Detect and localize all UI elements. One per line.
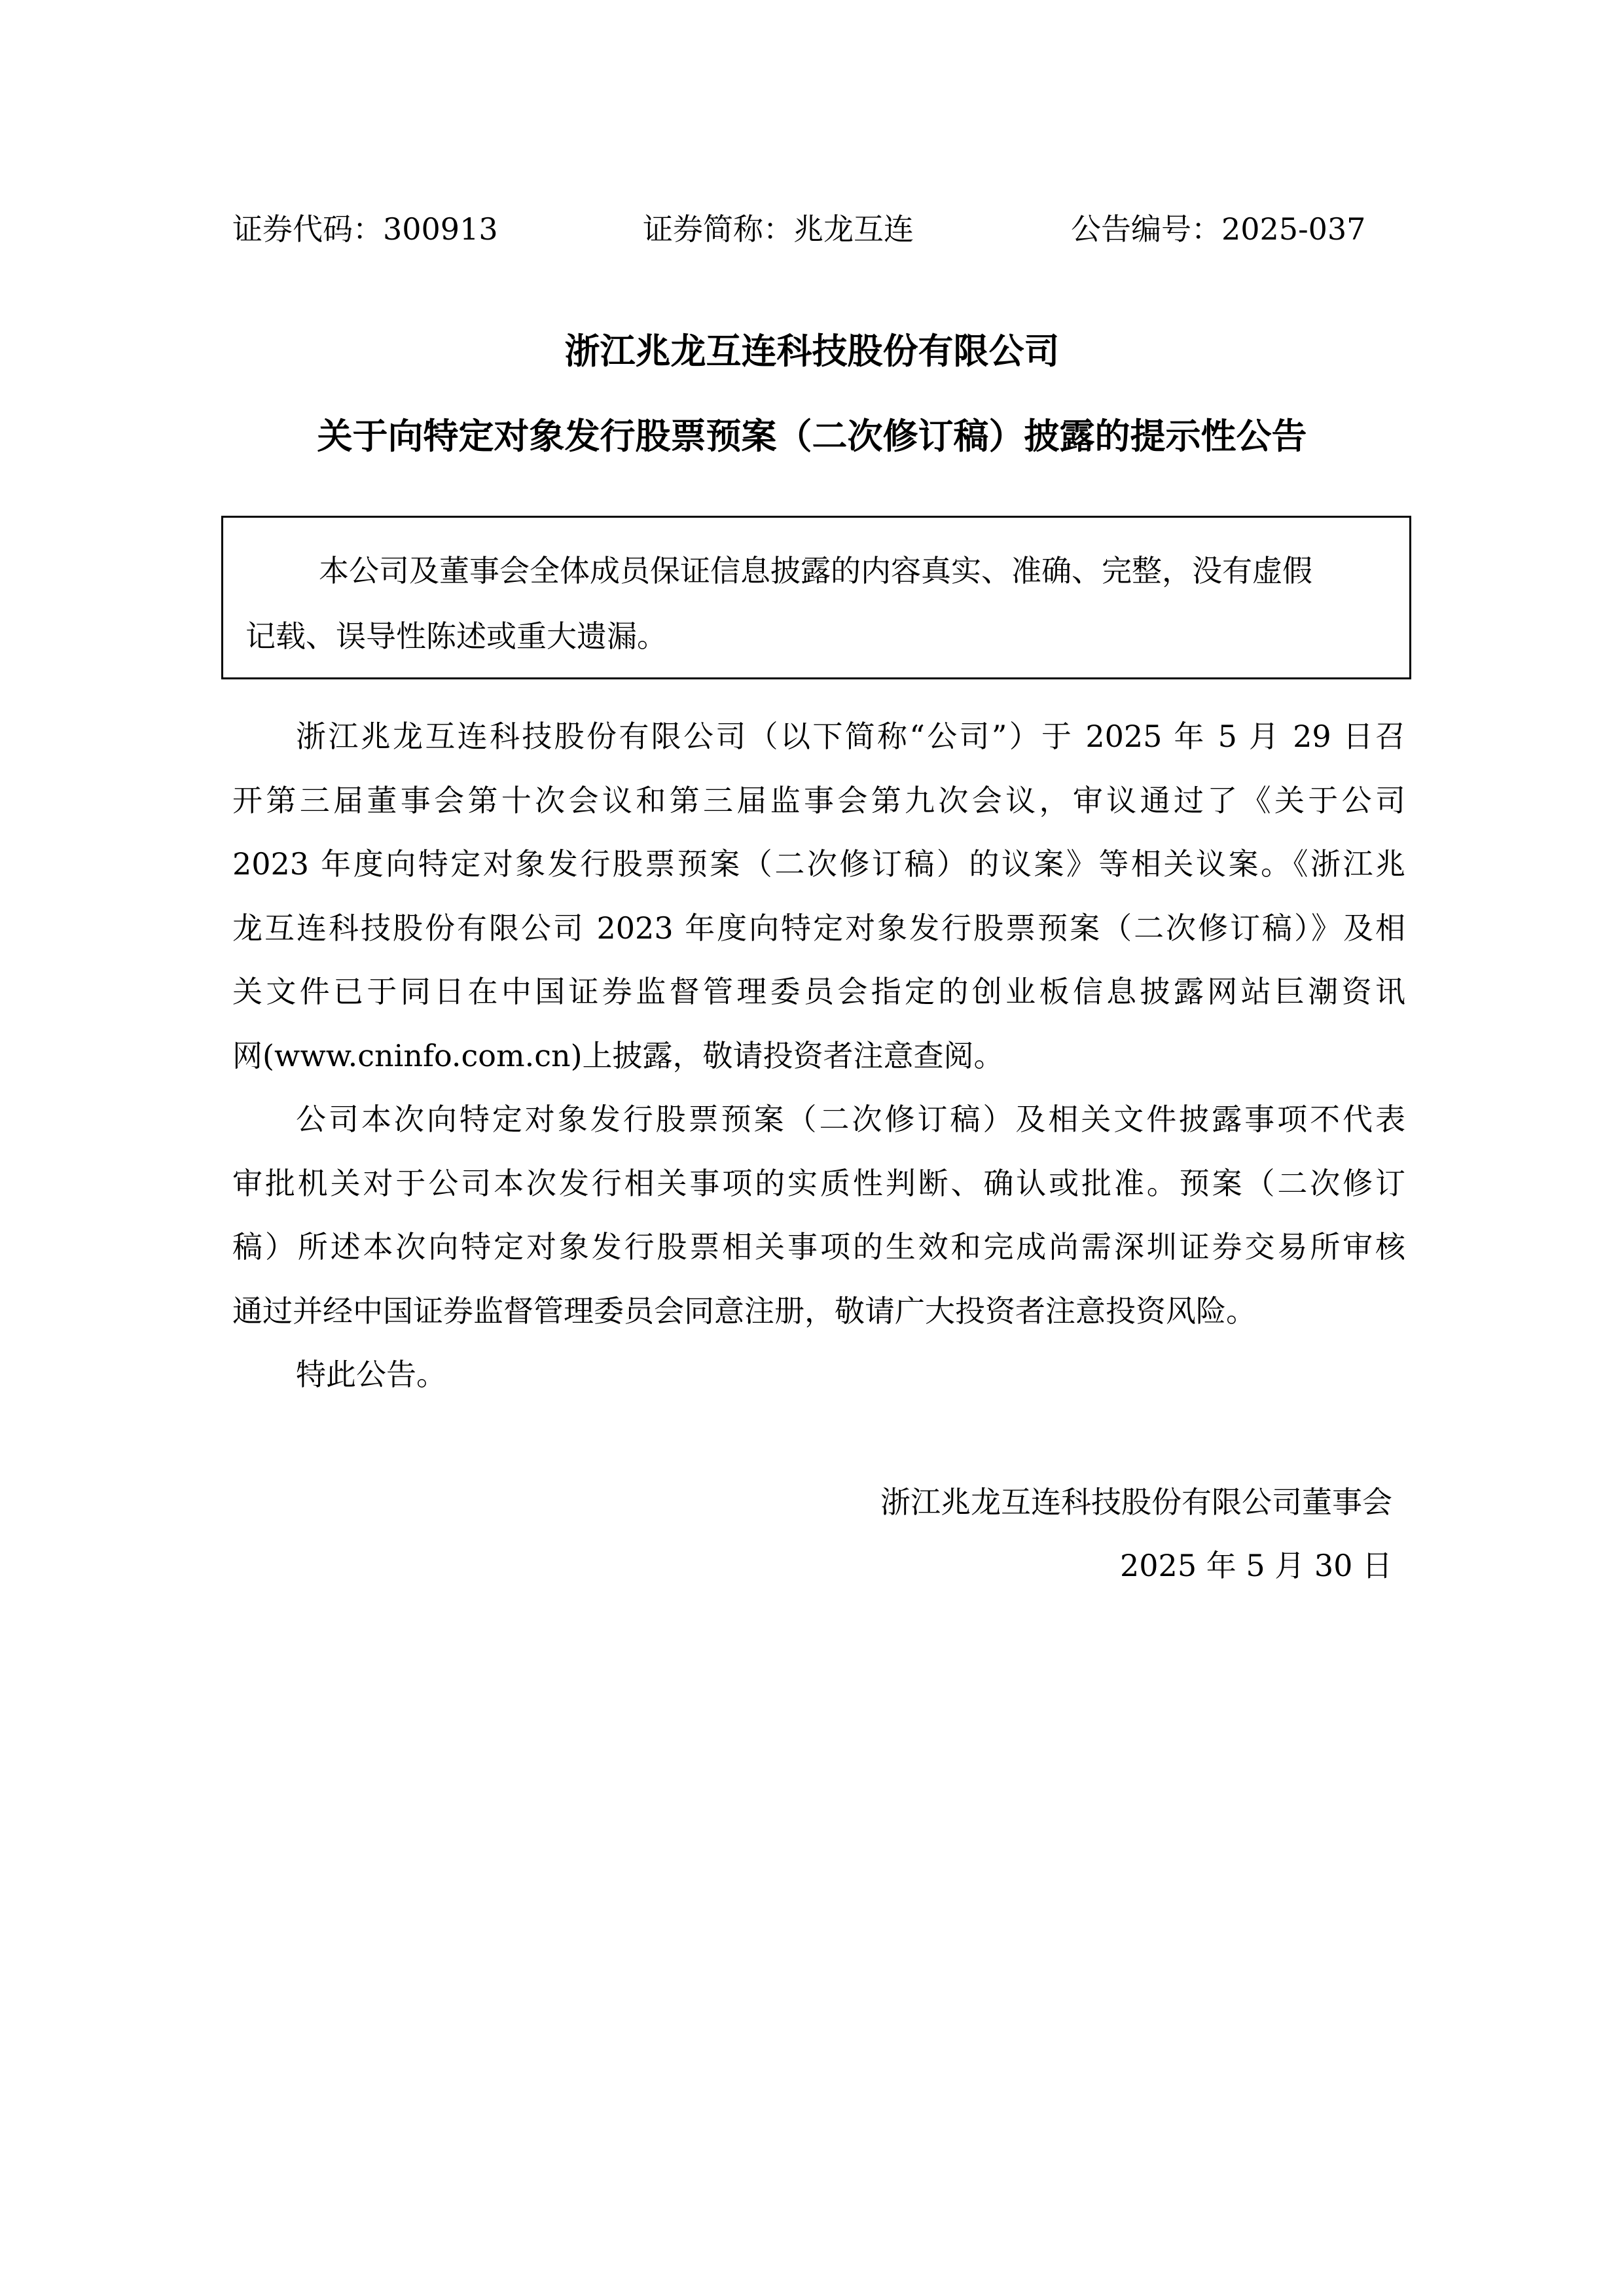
closing-statement: 特此公告。 [296, 1356, 1405, 1393]
paragraph-line: 关文件已于同日在中国证券监督管理委员会指定的创业板信息披露网站巨潮资讯 [232, 973, 1405, 1010]
stock-abbreviation: 证券简称：兆龙互连 [643, 211, 914, 247]
paragraph-line: 公司本次向特定对象发行股票预案（二次修订稿）及相关文件披露事项不代表 [296, 1101, 1405, 1138]
paragraph-line: 网(www.cninfo.com.cn)上披露，敬请投资者注意查阅。 [232, 1037, 1405, 1074]
notice-line: 本公司及董事会全体成员保证信息披露的内容真实、准确、完整，没有虚假 [319, 552, 1312, 589]
paragraph-line: 2023 年度向特定对象发行股票预案（二次修订稿）的议案》等相关议案。《浙江兆 [232, 846, 1405, 882]
company-title: 浙江兆龙互连科技股份有限公司 [0, 329, 1624, 372]
signature-date: 2025 年 5 月 30 日 [1120, 1547, 1392, 1584]
notice-box: 本公司及董事会全体成员保证信息披露的内容真实、准确、完整，没有虚假 记载、误导性… [221, 516, 1411, 679]
paragraph-line: 龙互连科技股份有限公司 2023 年度向特定对象发行股票预案（二次修订稿）》及相 [232, 910, 1405, 946]
paragraph-line: 浙江兆龙互连科技股份有限公司（以下简称“公司”）于 2025 年 5 月 29 … [296, 718, 1405, 755]
paragraph-line: 开第三届董事会第十次会议和第三届监事会第九次会议，审议通过了《关于公司 [232, 782, 1405, 819]
stock-code: 证券代码：300913 [232, 211, 498, 247]
paragraph-line: 通过并经中国证券监督管理委员会同意注册，敬请广大投资者注意投资风险。 [232, 1293, 1405, 1329]
announcement-number: 公告编号：2025-037 [1071, 211, 1365, 247]
notice-line: 记载、误导性陈述或重大遗漏。 [245, 618, 667, 655]
paragraph-line: 审批机关对于公司本次发行相关事项的实质性判断、确认或批准。预案（二次修订 [232, 1165, 1405, 1202]
announcement-title: 关于向特定对象发行股票预案（二次修订稿）披露的提示性公告 [0, 414, 1624, 457]
paragraph-line: 稿）所述本次向特定对象发行股票相关事项的生效和完成尚需深圳证券交易所审核 [232, 1229, 1405, 1265]
signature-issuer: 浙江兆龙互连科技股份有限公司董事会 [880, 1484, 1392, 1520]
